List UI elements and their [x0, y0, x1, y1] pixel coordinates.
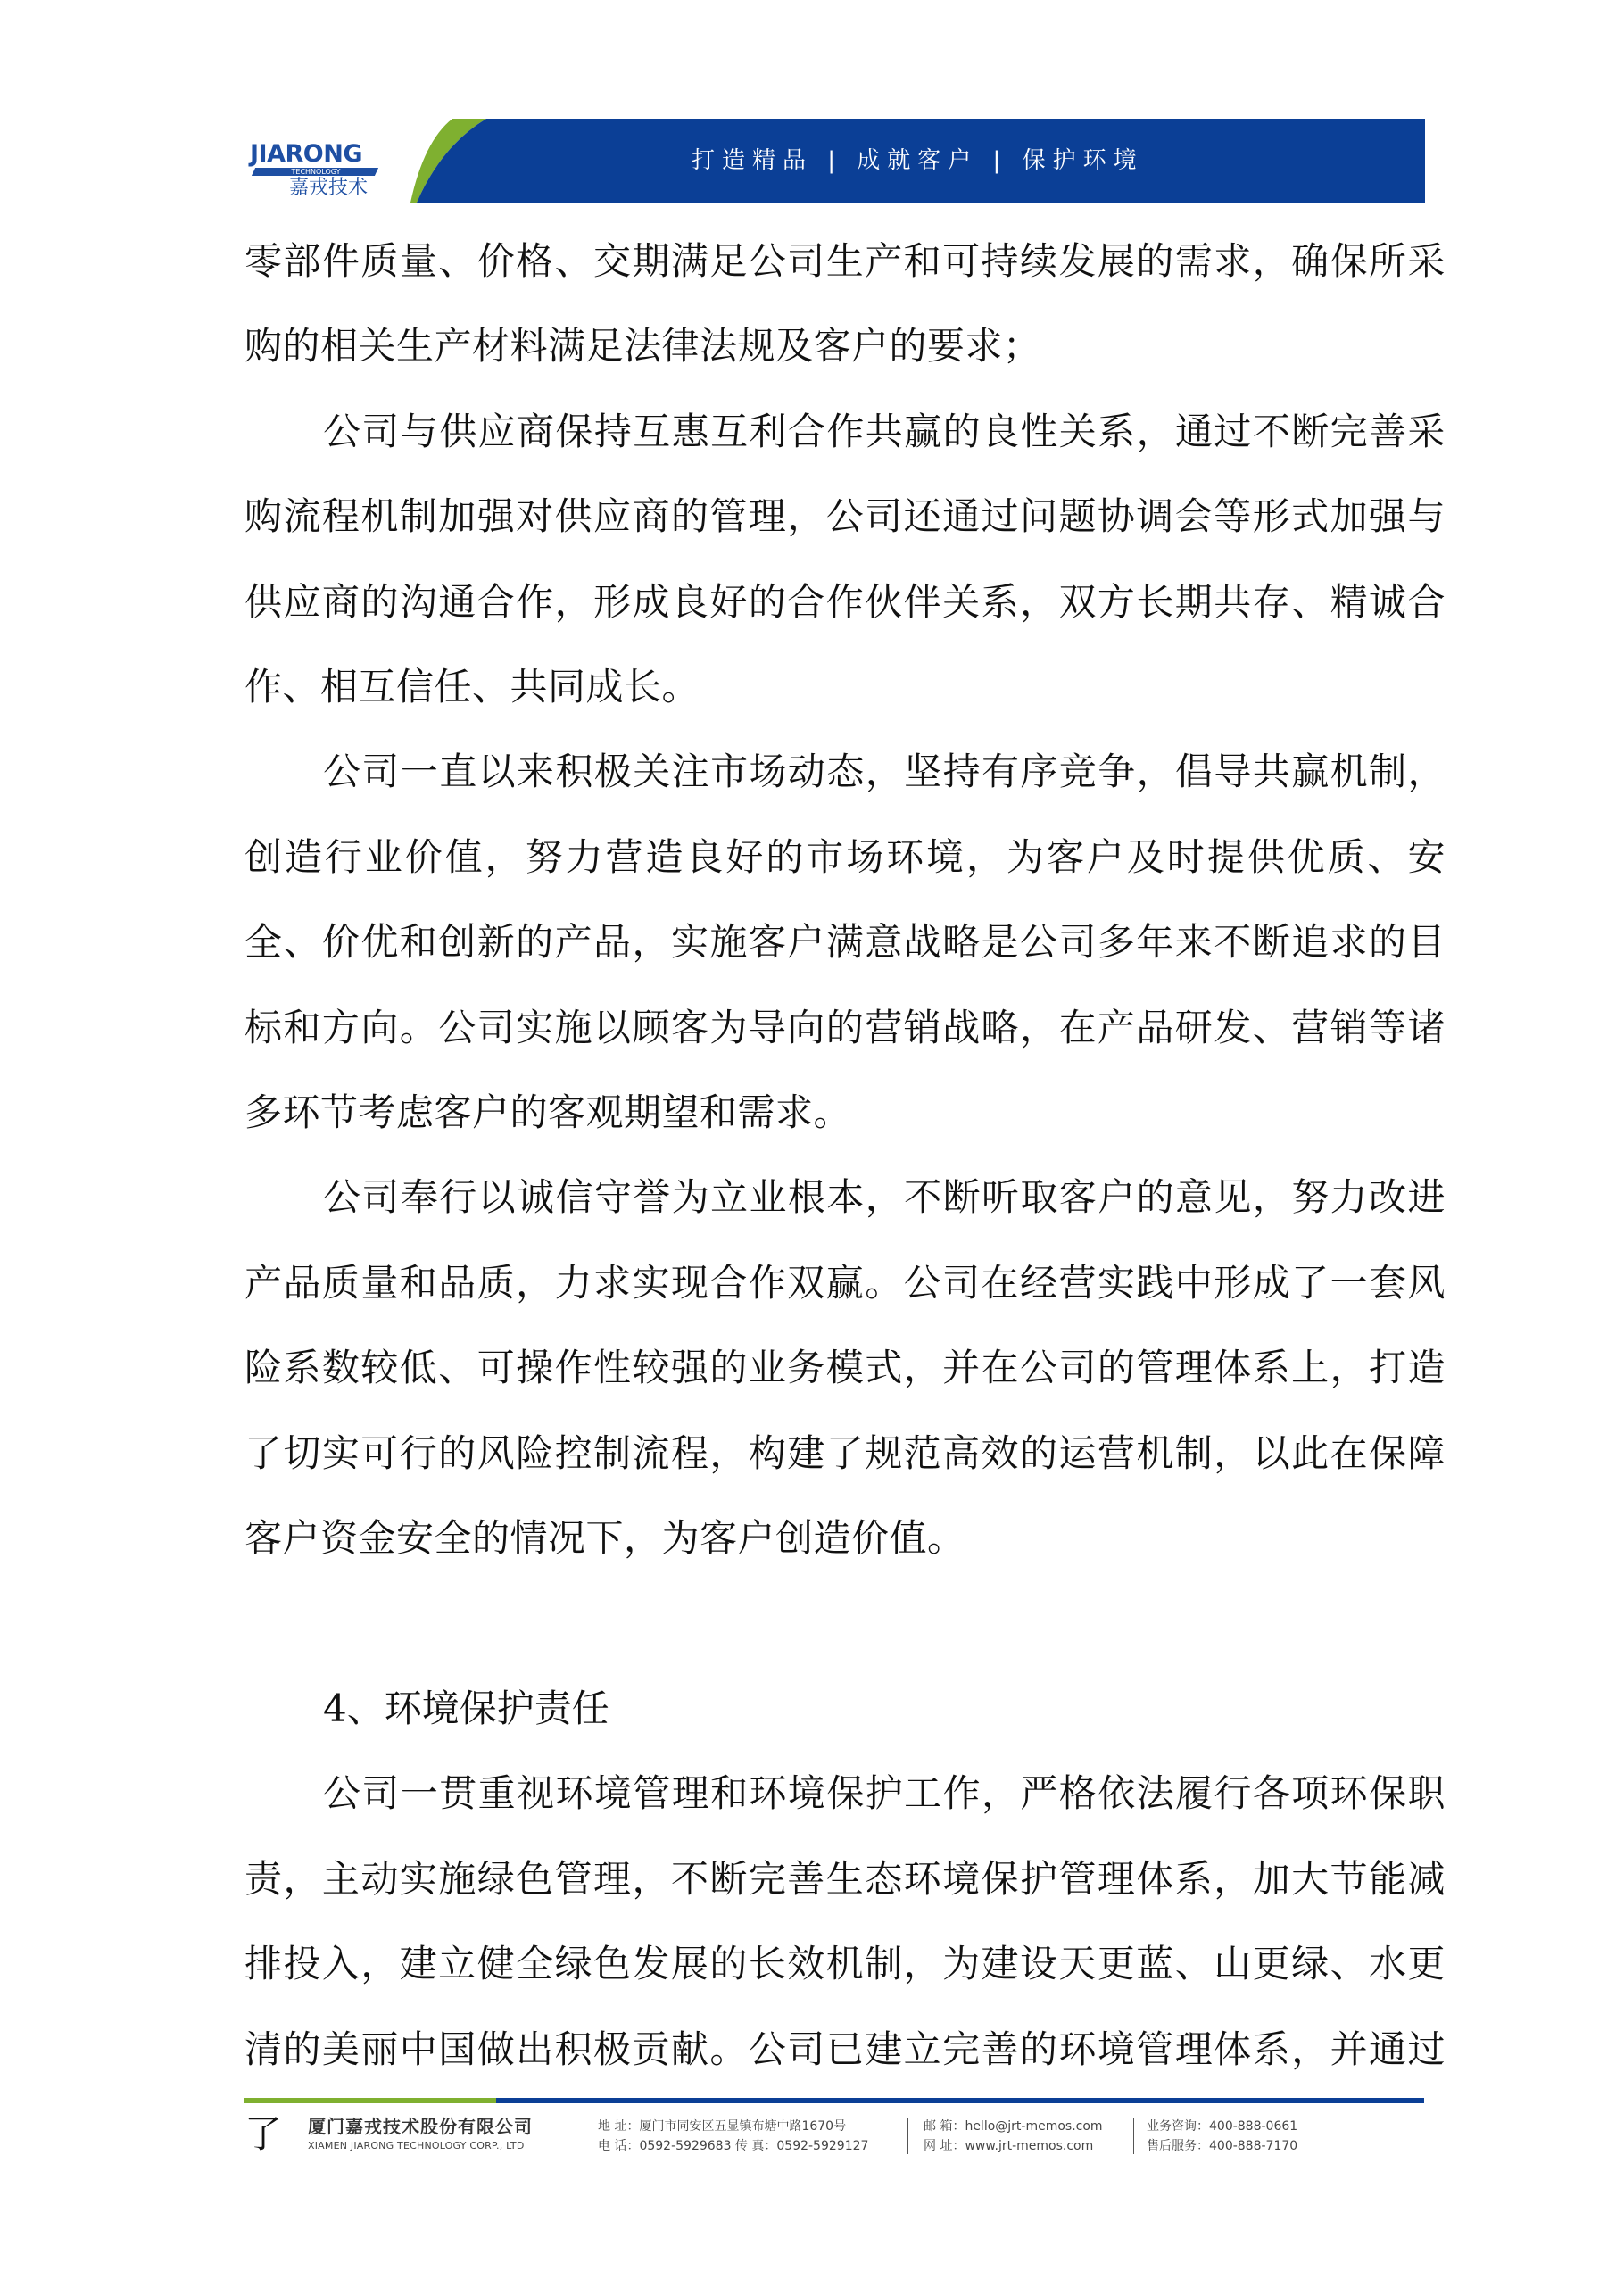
paragraph-procurement-continued: 零部件质量、价格、交期满足公司生产和可持续发展的需求，确保所采购的相关生产材料满… — [244, 219, 1446, 389]
logo-tagline: TECHNOLOGY — [271, 167, 360, 177]
paragraph-environmental-protection: 公司一贯重视环境管理和环境保护工作，严格依法履行各项环保职责，主动实施绿色管理，… — [244, 1751, 1446, 2176]
footer-email: 邮 箱：hello@jrt-memos.com — [924, 2117, 1103, 2136]
footer-phone-fax: 电 话：0592-5929683 传 真：0592-5929127 — [598, 2136, 868, 2156]
paragraph-market-strategy: 公司一直以来积极关注市场动态，坚持有序竞争，倡导共赢机制，创造行业价值，努力营造… — [244, 729, 1446, 1155]
footer-business-hotline: 业务咨询：400-888-0661 — [1147, 2117, 1297, 2136]
footer-separator — [1133, 2118, 1134, 2154]
logo-wordmark: JIARONG — [250, 141, 362, 168]
footer-contact-column: 地 址：厦门市同安区五显镇布塘中路1670号 电 话：0592-5929683 … — [598, 2117, 868, 2156]
company-logo: JIARONG TECHNOLOGY 嘉戎技术 — [250, 141, 384, 200]
document-body: 零部件质量、价格、交期满足公司生产和可持续发展的需求，确保所采购的相关生产材料满… — [244, 219, 1446, 2176]
paragraph-integrity-risk-control: 公司奉行以诚信守誉为立业根本，不断听取客户的意见，努力改进产品质量和品质，力求实… — [244, 1155, 1446, 1580]
section-heading-environment: 4、环境保护责任 — [244, 1666, 1446, 1751]
paragraph-supplier-relations: 公司与供应商保持互惠互利合作共赢的良性关系，通过不断完善采购流程机制加强对供应商… — [244, 389, 1446, 730]
footer-company-name-en: XIAMEN JIARONG TECHNOLOGY CORP., LTD — [308, 2138, 593, 2154]
footer-hotline-column: 业务咨询：400-888-0661 售后服务：400-888-7170 — [1147, 2117, 1297, 2156]
footer-web-column: 邮 箱：hello@jrt-memos.com 网 址：www.jrt-memo… — [924, 2117, 1103, 2156]
footer-service-hotline: 售后服务：400-888-7170 — [1147, 2136, 1297, 2156]
footer-website: 网 址：www.jrt-memos.com — [924, 2136, 1103, 2156]
footer-separator — [907, 2118, 908, 2154]
footer-company-block: 厦门嘉戎技术股份有限公司 XIAMEN JIARONG TECHNOLOGY C… — [308, 2115, 593, 2154]
footer-divider-blue — [496, 2098, 1424, 2103]
footer-divider-green — [244, 2098, 496, 2103]
footer-company-name-cn: 厦门嘉戎技术股份有限公司 — [308, 2115, 593, 2138]
section-spacer — [244, 1581, 1446, 1666]
banner-slogan: 打造精品 | 成就客户 | 保护环境 — [692, 119, 1144, 203]
footer-address: 地 址：厦门市同安区五显镇布塘中路1670号 — [598, 2117, 868, 2136]
logo-chinese-name: 嘉戎技术 — [289, 177, 368, 200]
header-banner: 打造精品 | 成就客户 | 保护环境 — [406, 119, 1425, 203]
